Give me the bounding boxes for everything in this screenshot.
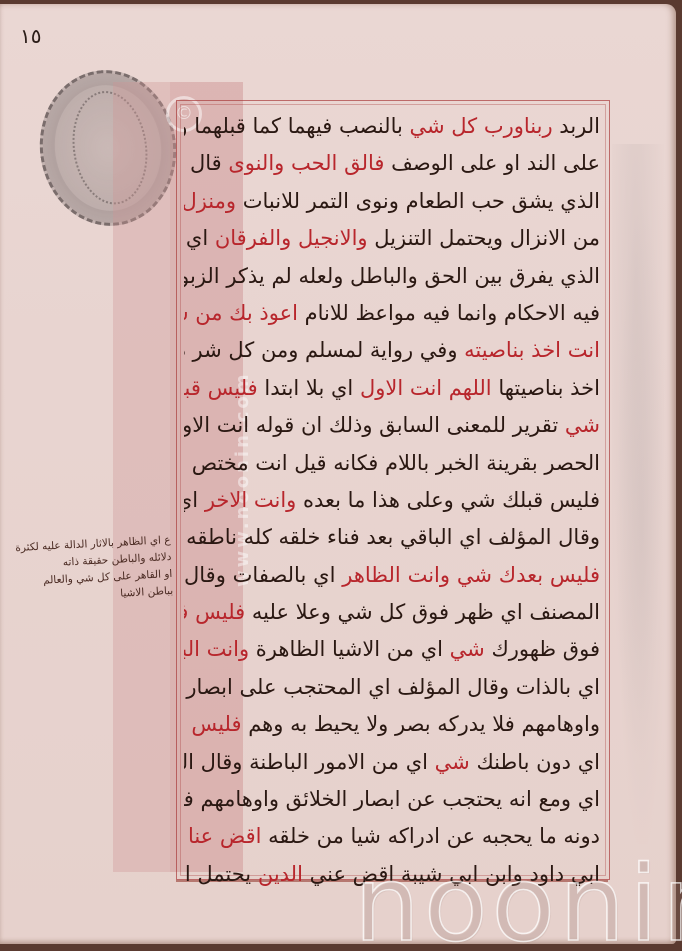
rubricated-text: وانت الباطن — [184, 637, 249, 661]
body-text: اي بلا ابتدا — [258, 376, 360, 400]
text-line: فليس قبلك شي وعلى هذا ما بعده وانت الاخر… — [184, 482, 600, 519]
page-number: ١٥ — [20, 24, 41, 48]
rubricated-text: ومنزل التوراة — [184, 189, 236, 213]
bleed-through-shadow — [612, 144, 672, 844]
body-text: اي القران — [184, 226, 215, 250]
rubricated-text: فالق الحب والنوى — [228, 151, 384, 175]
body-text: المصنف اي ظهر فوق كل شي وعلا عليه — [245, 600, 600, 624]
text-line: اي بالذات وقال المؤلف اي المحتجب على ابص… — [184, 669, 600, 706]
rubricated-text: شي — [435, 750, 470, 774]
body-text: وفي رواية لمسلم ومن كل شر دابة انت — [184, 338, 464, 362]
body-text: تقرير للمعنى السابق وذلك ان قوله انت الا… — [184, 413, 565, 437]
text-line: من الانزال ويحتمل التنزيل والانجيل والفر… — [184, 220, 600, 257]
text-line: اي ومع انه يحتجب عن ابصار الخلائق واوهام… — [184, 781, 600, 818]
rubricated-text: اقض عنا — [188, 824, 262, 848]
text-line: واوهامهم فلا يدركه بصر ولا يحيط به وهم ف… — [184, 706, 600, 743]
body-text: اي بالصفات وقال — [184, 563, 342, 587]
text-line: وقال المؤلف اي الباقي بعد فناء خلقه كله … — [184, 519, 600, 556]
rubricated-text: ربناورب كل شي — [410, 114, 553, 138]
text-line: الحصر بقرينة الخبر باللام فكانه قيل انت … — [184, 445, 600, 482]
body-text: الذي يشق حب الطعام ونوى التمر للانبات — [236, 189, 600, 213]
rubricated-text: شي — [565, 413, 600, 437]
text-line: فيه الاحكام وانما فيه مواعظ للانام اعوذ … — [184, 295, 600, 332]
body-text: من الانزال ويحتمل التنزيل — [368, 226, 600, 250]
text-line: على الند او على الوصف فالق الحب والنوى ق… — [184, 145, 600, 182]
rubricated-text: فليس فوقك — [184, 600, 245, 624]
text-line: اخذ بناصيتها اللهم انت الاول اي بلا ابتد… — [184, 370, 600, 407]
body-text: فليس قبلك شي وعلى هذا ما بعده — [296, 488, 600, 512]
rubricated-text: فليس دونك — [184, 712, 242, 736]
rubricated-text: فليس قبلك — [184, 376, 258, 400]
text-line: اي دون باطنك شي اي من الامور الباطنة وقا… — [184, 744, 600, 781]
rubricated-text: انت اخذ بناصيته — [464, 338, 600, 362]
body-text: اي دون باطنك — [470, 750, 600, 774]
text-line: الذي يشق حب الطعام ونوى التمر للانبات وم… — [184, 183, 600, 220]
margin-annotation: ع اي الظاهر بالاثار الدالة عليه لكثرةدلا… — [14, 532, 173, 608]
body-text: اي بلا انتها — [184, 488, 205, 512]
text-line: فوق ظهورك شي اي من الاشيا الظاهرة وانت ا… — [184, 631, 600, 668]
manuscript-page: ١٥ © www.noonin.com الربد ربناورب كل شي … — [0, 4, 676, 944]
text-line: شي تقرير للمعنى السابق وذلك ان قوله انت … — [184, 407, 600, 444]
rubricated-text: وانت الاخر — [205, 488, 297, 512]
body-text: اي من الاشيا الظاهرة — [249, 637, 450, 661]
body-text: اخذ بناصيتها — [492, 376, 600, 400]
text-line: فليس بعدك شي وانت الظاهر اي بالصفات وقال — [184, 557, 600, 594]
body-text: فوق ظهورك — [485, 637, 600, 661]
brand-watermark: noonin — [354, 854, 682, 951]
body-text: قال المصنف اى — [184, 151, 228, 175]
text-line: المصنف اي ظهر فوق كل شي وعلا عليه فليس ف… — [184, 594, 600, 631]
text-line: انت اخذ بناصيته وفي رواية لمسلم ومن كل ش… — [184, 332, 600, 369]
rubricated-text: اللهم انت الاول — [360, 376, 492, 400]
rubricated-text: فليس بعدك شي وانت الظاهر — [342, 563, 600, 587]
body-text: الربد — [553, 114, 600, 138]
body-text: فيه الاحكام وانما فيه مواعظ للانام — [298, 301, 600, 325]
text-line: الذي يفرق بين الحق والباطل ولعله لم يذكر… — [184, 258, 600, 295]
body-text: اي من الامور الباطنة وقال المصنف — [184, 750, 435, 774]
body-text: الذي يفرق بين الحق والباطل ولعله لم يذكر… — [184, 264, 600, 288]
rubricated-text: والانجيل والفرقان — [215, 226, 368, 250]
main-text-block: الربد ربناورب كل شي بالنصب فيهما كما قبل… — [184, 108, 600, 868]
body-text: اي بالذات وقال المؤلف اي المحتجب على ابص… — [184, 675, 600, 699]
body-text: اي ومع انه يحتجب عن ابصار الخلائق واوهام… — [184, 787, 600, 811]
rubricated-text: اعوذ بك من شر كل شي — [184, 301, 298, 325]
body-text: بالنصب فيهما كما قبلهما وما بعدهما — [184, 114, 410, 138]
body-text: يحتمل ان يراد به — [184, 862, 258, 886]
body-text: واوهامهم فلا يدركه بصر ولا يحيط به وهم — [242, 712, 600, 736]
text-line: الربد ربناورب كل شي بالنصب فيهما كما قبل… — [184, 108, 600, 145]
body-text: على الند او على الوصف — [384, 151, 600, 175]
body-text: الحصر بقرينة الخبر باللام فكانه قيل انت … — [184, 451, 600, 475]
rubricated-text: شي — [450, 637, 485, 661]
body-text: وقال المؤلف اي الباقي بعد فناء خلقه كله … — [184, 525, 600, 549]
rubricated-text: الدين — [258, 862, 303, 886]
